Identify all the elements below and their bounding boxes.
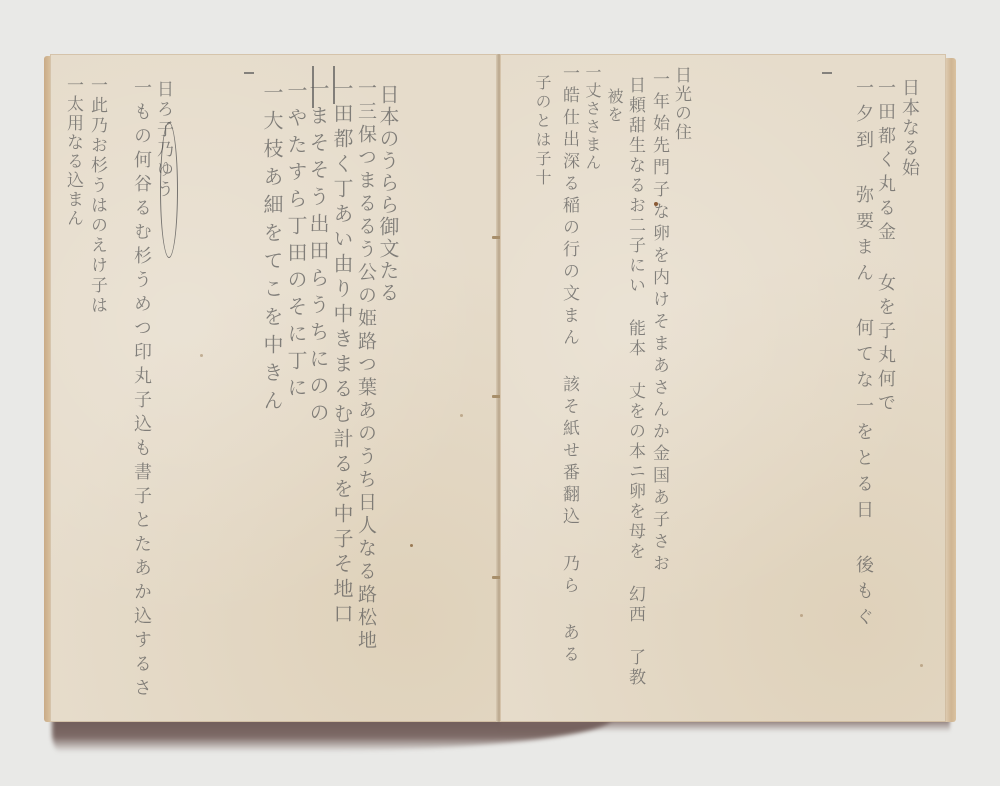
paper-speck bbox=[410, 544, 413, 547]
handwritten-column: 一夕到 弥要まん 何てな一をとる日 後もぐ bbox=[854, 78, 872, 633]
handwritten-column: 一やたすら丁田のそに丁に bbox=[286, 80, 306, 404]
paper-speck bbox=[920, 664, 923, 667]
handwritten-column: 一田都く丸る金 女を子丸何で bbox=[876, 78, 894, 417]
handwritten-column: 一年始先門子な卵を内けそまあさんか金国あ子さお bbox=[650, 70, 667, 576]
paper-speck bbox=[654, 202, 658, 206]
handwritten-column: 一丈ささまん bbox=[584, 64, 600, 172]
column-mark bbox=[244, 72, 254, 74]
handwritten-column: 一三保つまるるう公の姫路つ葉あのうち日人なる路松地 bbox=[356, 78, 375, 653]
paper-speck bbox=[460, 414, 463, 417]
handwritten-column: 一皓仕出深る稲の行の文まん 該そ紙せ番翻込 乃ら ある bbox=[560, 64, 577, 667]
circled-deletion-mark bbox=[160, 122, 178, 258]
handwritten-column: 一まそそう出田らうちにのの bbox=[308, 78, 328, 429]
handwritten-column: 一田都く丁あい由り中きまるむ計るを中子そ地口 bbox=[332, 78, 352, 628]
open-notebook: 日本のうらら御文たる 一三保つまるるう公の姫路つ葉あのうち日人なる路松地 一田都… bbox=[44, 54, 956, 724]
left-page: 日本のうらら御文たる 一三保つまるるう公の姫路つ葉あのうち日人なる路松地 一田都… bbox=[50, 54, 498, 722]
handwritten-column: 子のとは子十 bbox=[534, 74, 550, 188]
column-mark bbox=[822, 72, 832, 74]
handwritten-column: 一此乃お杉うはのえけ子は bbox=[88, 76, 105, 316]
handwritten-column: 日本なる始 bbox=[900, 78, 918, 178]
margin-bracket bbox=[333, 66, 335, 104]
handwritten-column: 日光の住 bbox=[672, 66, 689, 142]
handwritten-column: 一もの何谷るむ杉うめつ印丸子込も書子とたあか込するさ bbox=[132, 78, 150, 702]
handwritten-column: 日本のうらら御文たる bbox=[378, 84, 398, 304]
margin-bracket bbox=[312, 66, 314, 108]
paper-speck bbox=[800, 614, 803, 617]
handwritten-column: 被を bbox=[606, 88, 622, 124]
handwritten-column: 一太用なる込まん bbox=[64, 76, 81, 228]
handwritten-column: 日頼甜生なるお二子にい 能本 丈をの本ニ卵を母を 幻西 了教 bbox=[626, 76, 643, 688]
right-page: 日本なる始 一田都く丸る金 女を子丸何で 一夕到 弥要まん 何てな一をとる日 後… bbox=[500, 54, 946, 722]
paper-speck bbox=[200, 354, 203, 357]
handwritten-column: 一大枝あ細をてこを中きん bbox=[262, 82, 282, 418]
